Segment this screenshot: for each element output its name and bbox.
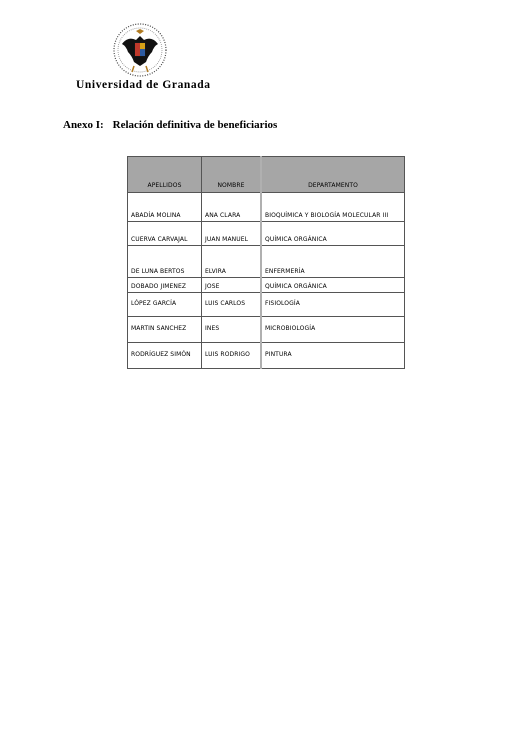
column-header-departamento: DEPARTAMENTO — [261, 157, 405, 193]
table-header-row: APELLIDOS NOMBRE DEPARTAMENTO — [128, 157, 405, 193]
cell-apellidos: MARTIN SANCHEZ — [128, 317, 202, 343]
cell-apellidos: DOBADO JIMENEZ — [128, 278, 202, 293]
cell-nombre: LUIS CARLOS — [202, 293, 262, 317]
cell-departamento: PINTURA — [261, 343, 405, 369]
cell-apellidos: ABADÍA MOLINA — [128, 193, 202, 222]
column-header-apellidos: APELLIDOS — [128, 157, 202, 193]
university-coat-of-arms-icon — [112, 22, 168, 78]
cell-departamento: BIOQUÍMICA Y BIOLOGÍA MOLECULAR III — [261, 193, 405, 222]
cell-apellidos: CUERVA CARVAJAL — [128, 222, 202, 246]
institution-name: Universidad de Granada — [76, 79, 211, 91]
cell-departamento: FISIOLOGÍA — [261, 293, 405, 317]
table-row: RODRÍGUEZ SIMÓN LUIS RODRIGO PINTURA — [128, 343, 405, 369]
beneficiaries-table: APELLIDOS NOMBRE DEPARTAMENTO ABADÍA MOL… — [127, 156, 405, 369]
cell-nombre: JUAN MANUEL — [202, 222, 262, 246]
table-row: DOBADO JIMENEZ JOSE QUÍMICA ORGÁNICA — [128, 278, 405, 293]
cell-nombre: INES — [202, 317, 262, 343]
cell-apellidos: LÓPEZ GARCÍA — [128, 293, 202, 317]
table-row: MARTIN SANCHEZ INES MICROBIOLOGÍA — [128, 317, 405, 343]
table-row: DE LUNA BERTOS ELVIRA ENFERMERÍA — [128, 246, 405, 278]
cell-departamento: QUÍMICA ORGÁNICA — [261, 222, 405, 246]
cell-departamento: ENFERMERÍA — [261, 246, 405, 278]
cell-departamento: QUÍMICA ORGÁNICA — [261, 278, 405, 293]
cell-nombre: LUIS RODRIGO — [202, 343, 262, 369]
cell-nombre: JOSE — [202, 278, 262, 293]
cell-apellidos: DE LUNA BERTOS — [128, 246, 202, 278]
cell-apellidos: RODRÍGUEZ SIMÓN — [128, 343, 202, 369]
column-header-nombre: NOMBRE — [202, 157, 262, 193]
table-row: CUERVA CARVAJAL JUAN MANUEL QUÍMICA ORGÁ… — [128, 222, 405, 246]
cell-nombre: ELVIRA — [202, 246, 262, 278]
annex-heading: Anexo I:Relación definitiva de beneficia… — [63, 119, 277, 131]
table-row: ABADÍA MOLINA ANA CLARA BIOQUÍMICA Y BIO… — [128, 193, 405, 222]
table-row: LÓPEZ GARCÍA LUIS CARLOS FISIOLOGÍA — [128, 293, 405, 317]
annex-label: Anexo I: — [63, 119, 104, 131]
cell-departamento: MICROBIOLOGÍA — [261, 317, 405, 343]
cell-nombre: ANA CLARA — [202, 193, 262, 222]
annex-title: Relación definitiva de beneficiarios — [113, 119, 278, 131]
